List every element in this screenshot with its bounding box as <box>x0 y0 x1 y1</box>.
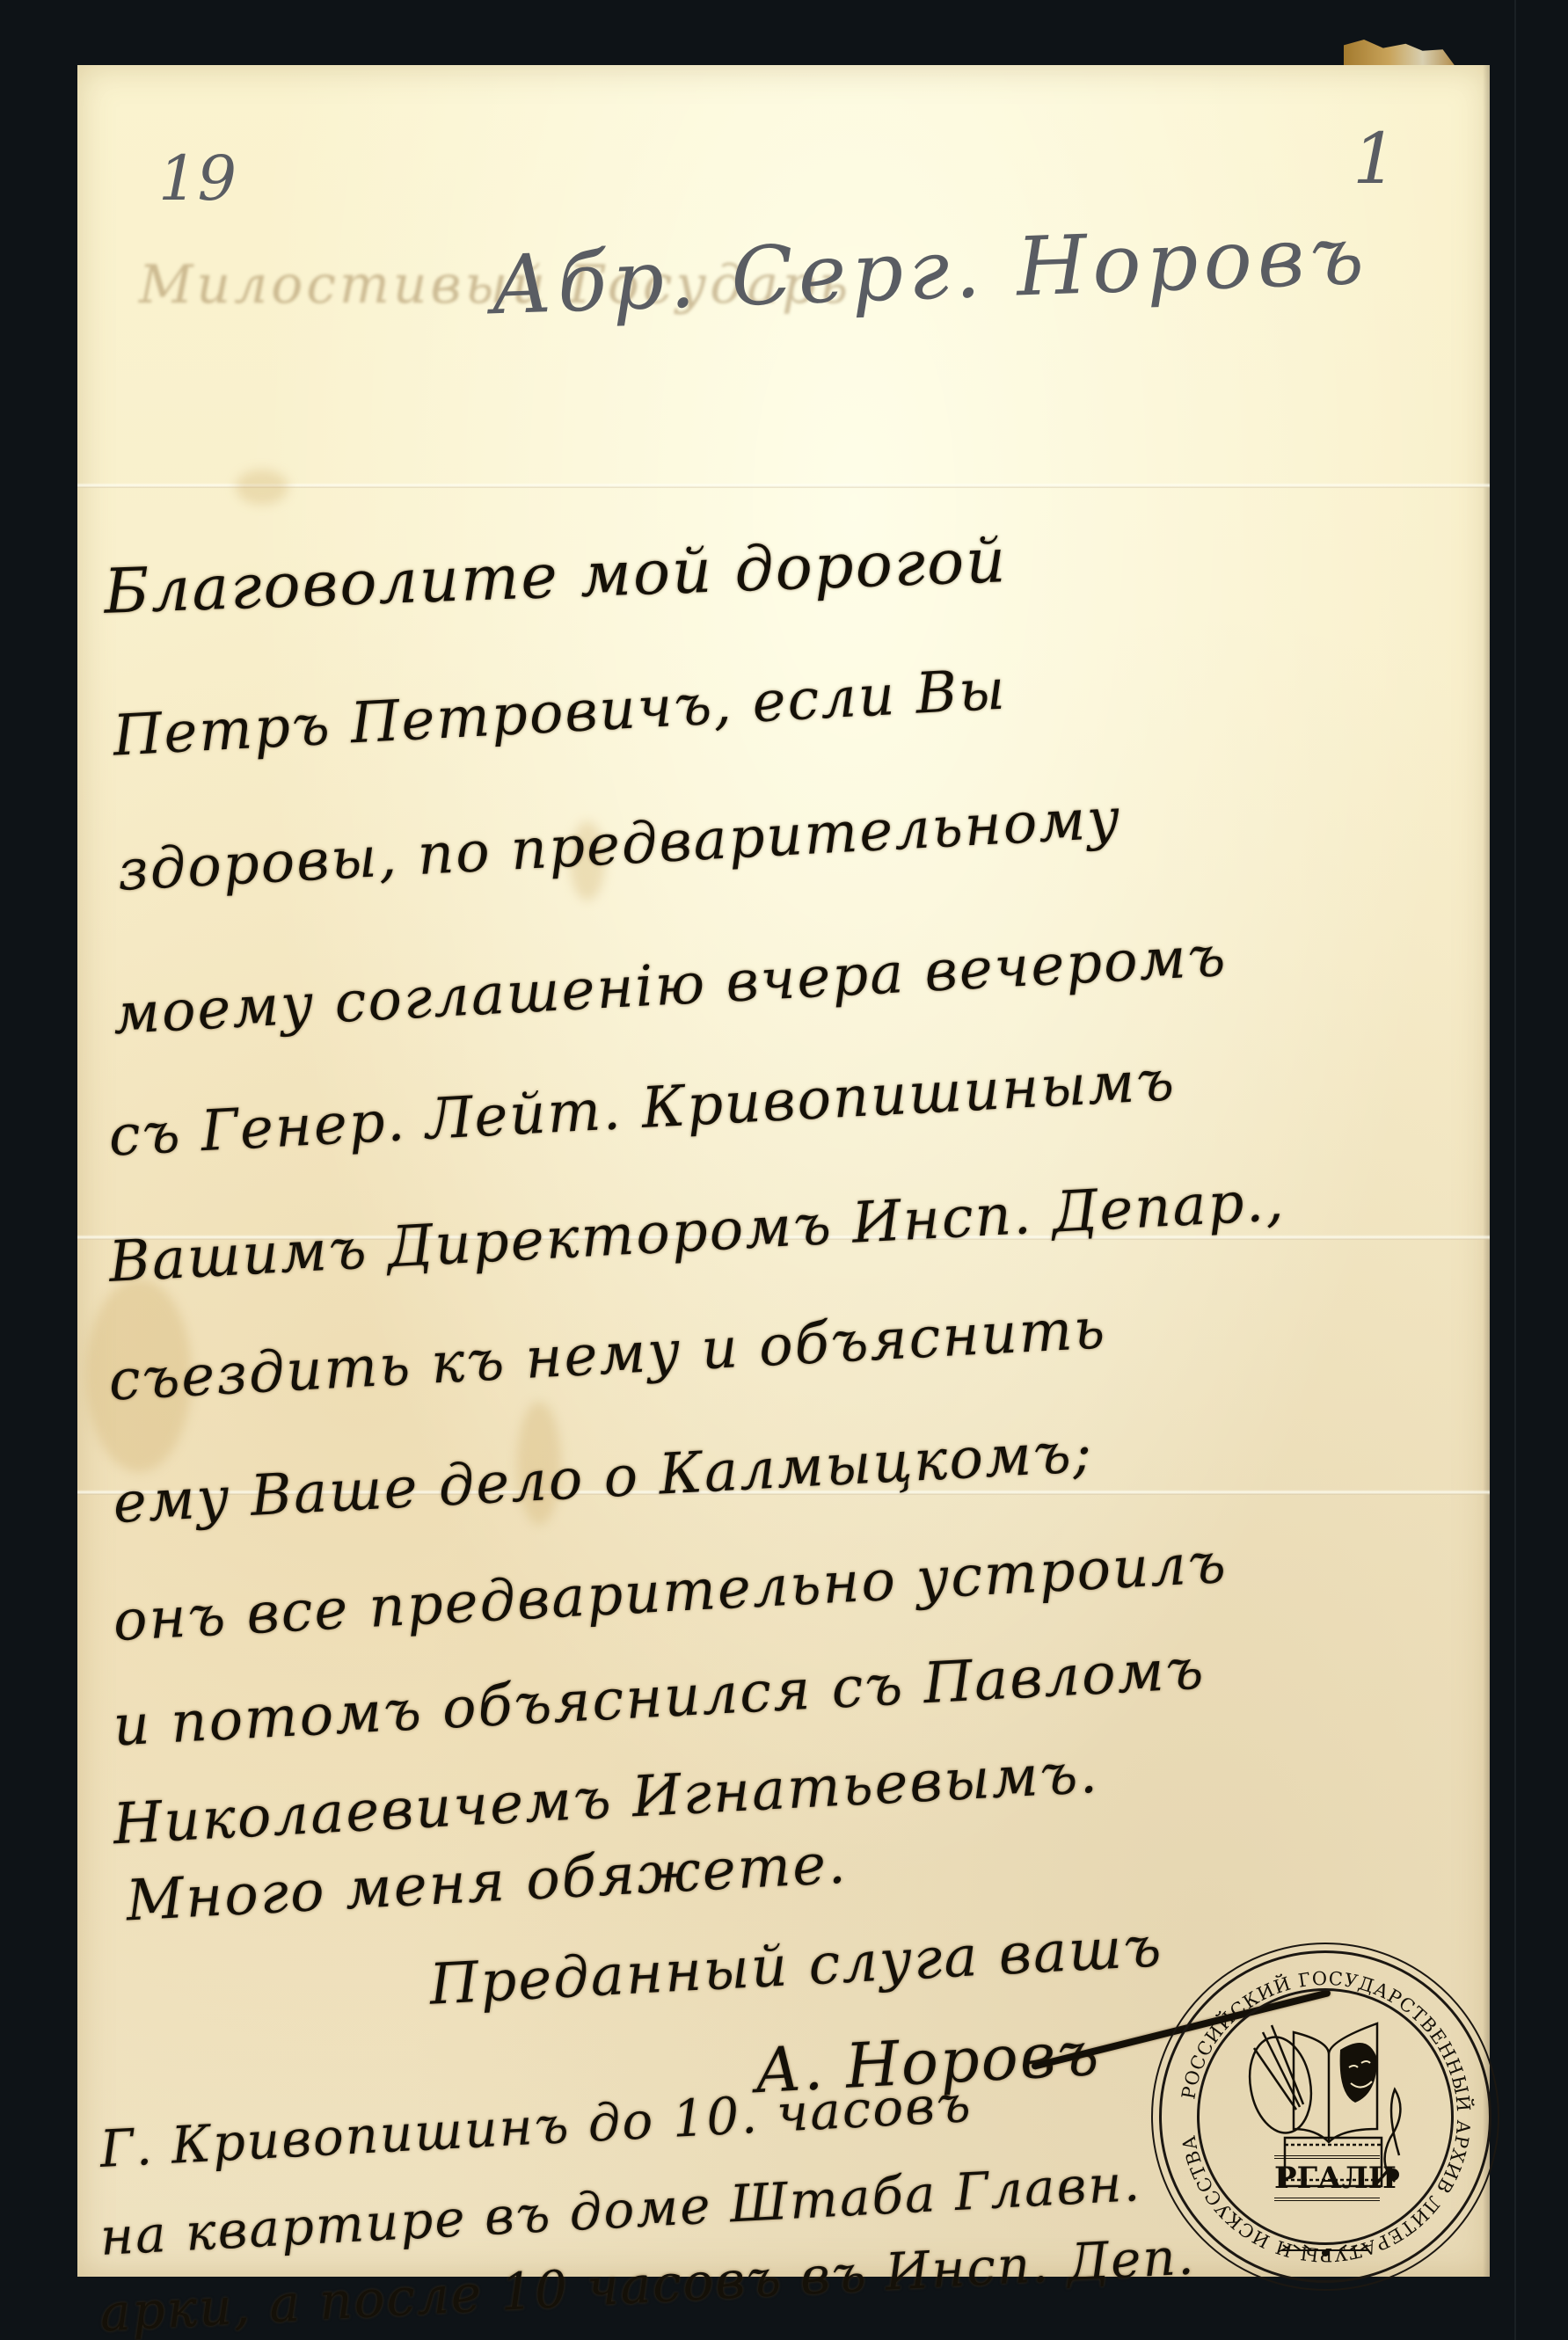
postscript-line: Г. Кривопишинъ до 10. часовъ <box>98 2074 974 2179</box>
fold-crease-upper <box>77 483 1490 488</box>
letter-line: Вашимъ Директоромъ Инсп. Депар., <box>107 1169 1287 1295</box>
letter-closing: Преданный слуга вашъ <box>428 1914 1164 2018</box>
letter-line: Благоволите мой дорогой <box>103 524 1009 628</box>
letter-line: съ Генер. Лейт. Кривопишинымъ <box>107 1048 1178 1169</box>
letter-line: Петръ Петровичъ, если Вы <box>112 657 1009 769</box>
sheet-number: 19 <box>158 142 237 215</box>
pencil-header-name: Абр. Серг. Норовъ <box>489 208 1370 333</box>
letter-line: ему Ваше дело о Калмыцкомъ; <box>112 1420 1095 1536</box>
letter-line: онъ все предварительно устроилъ <box>112 1531 1229 1654</box>
stamp-abbreviation: РГАЛИ <box>1274 2155 1380 2201</box>
paper-stain <box>236 470 288 505</box>
archive-stamp: РОССИЙСКИЙ ГОСУДАРСТВЕННЫЙ АРХИВ ЛИТЕРАТ… <box>1159 1950 1491 2283</box>
folio-mark: 1 <box>1353 118 1397 200</box>
scan-frame-line <box>1514 0 1516 2340</box>
paper-torn-corner <box>1344 40 1456 68</box>
letter-line: Николаевичемъ Игнатьевымъ. <box>112 1741 1100 1858</box>
letter-line: и потомъ объяснился съ Павломъ <box>112 1637 1207 1760</box>
letter-line: моему соглашенію вчера вечеромъ <box>112 924 1229 1047</box>
letter-line: съездить къ нему и объяснить <box>107 1296 1108 1413</box>
letter-line: здоровы, по предварительному <box>116 786 1123 904</box>
